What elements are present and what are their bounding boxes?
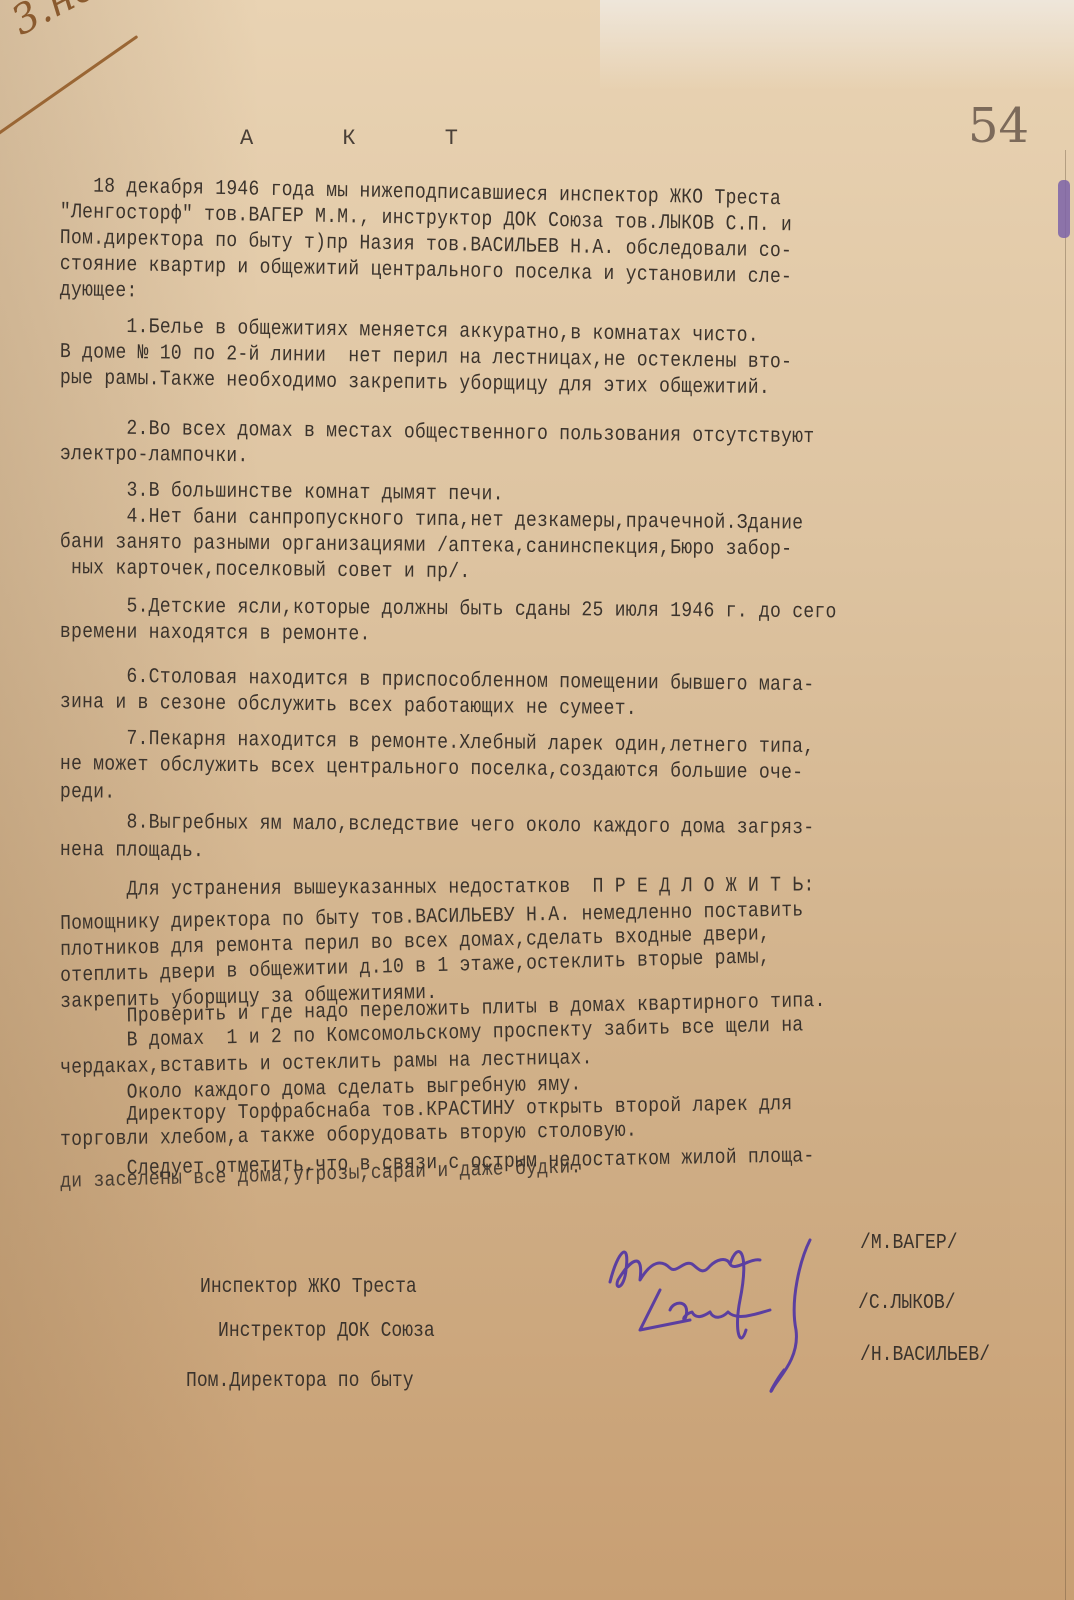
finding-line: зина и в сезоне обслужить всех работающи… [60, 692, 912, 724]
document-title: А К Т [240, 126, 496, 151]
finding-line: 8.Выгребных ям мало,вследствие чего окол… [60, 812, 912, 841]
finding-line: не может обслужить всех центрального пос… [60, 754, 912, 786]
signatory-name: /Н.ВАСИЛЬЕВ/ [860, 1344, 990, 1367]
finding-line: 5.Детские ясли,которые должны быть сданы… [60, 596, 912, 625]
signatory-title: Пом.Директора по быту [186, 1370, 414, 1393]
finding-line: нена площадь. [60, 840, 912, 869]
page-edge [1065, 150, 1074, 1600]
finding-line: реди. [60, 782, 912, 814]
finding-line: ных карточек,поселковый совет и пр/. [60, 558, 912, 589]
finding-line: времени находятся в ремонте. [60, 622, 912, 651]
signatory-name: /М.ВАГЕР/ [860, 1232, 958, 1255]
signatory-title: Инспектор ЖКО Треста [200, 1276, 417, 1299]
page-number: 54 [968, 98, 1029, 154]
finding-line: электро-лампочки. [60, 444, 912, 476]
ink-stain [1058, 180, 1070, 238]
handwritten-corner-note: 3.ноз [4, 0, 123, 45]
handwritten-underline [0, 35, 138, 141]
paper-highlight [600, 0, 1074, 90]
signatory-title: Инстректор ДОК Союза [218, 1320, 435, 1343]
signatory-name: /С.ЛЫКОВ/ [858, 1292, 956, 1315]
handwritten-signature-icon [600, 1220, 860, 1400]
proposal-heading: Для устранения вышеуказанных недостатков… [60, 875, 911, 902]
